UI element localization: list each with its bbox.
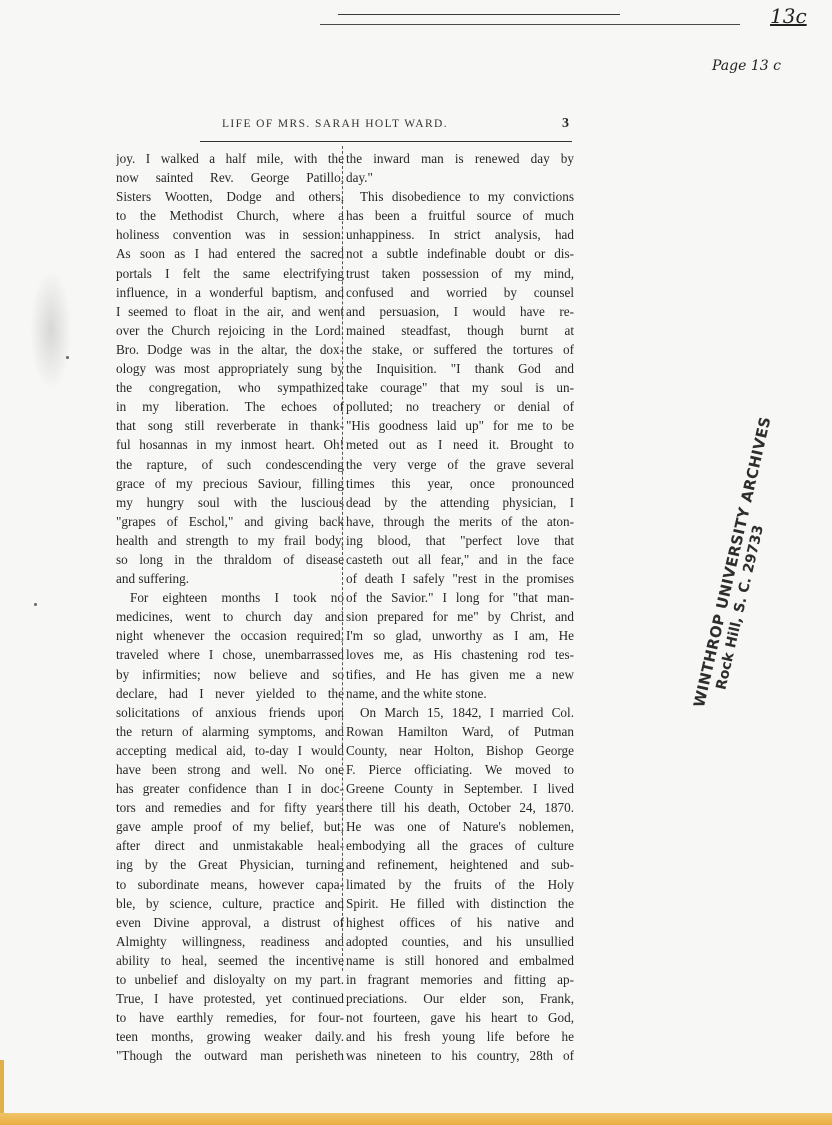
text-line: to subordinate means, however capa- <box>116 875 344 894</box>
text-line: there till his death, October 24, 1870. <box>346 798 574 817</box>
text-line: have, through the merits of the aton- <box>346 512 574 531</box>
text-line: so long in the thraldom of disease <box>116 550 344 569</box>
text-line: my hungry soul with the luscious <box>116 493 344 512</box>
right-column: the inward man is renewed day byday."Thi… <box>346 149 574 1066</box>
text-line: not a subtle indefinable doubt or dis- <box>346 244 574 263</box>
text-line: polluted; no treachery or denial of <box>346 397 574 416</box>
text-line: embodying all the graces of culture <box>346 836 574 855</box>
text-line: the congregation, who sympathized <box>116 378 344 397</box>
text-line: ble, by science, culture, practice and <box>116 894 344 913</box>
text-line: declare, had I never yielded to the <box>116 684 344 703</box>
text-line: and suffering. <box>116 569 344 588</box>
text-line: and persuasion, I would have re- <box>346 302 574 321</box>
text-line: night whenever the occasion required, <box>116 626 344 645</box>
text-line: gave ample proof of my belief, but, <box>116 817 344 836</box>
text-line: unhappiness. In strict analysis, had <box>346 225 574 244</box>
text-line: highest offices of his native and <box>346 913 574 932</box>
text-line: meted out as I need it. Brought to <box>346 435 574 454</box>
page-number: 3 <box>562 116 569 132</box>
text-line: limated by the fruits of the Holy <box>346 875 574 894</box>
text-line: the inward man is renewed day by <box>346 149 574 168</box>
text-line: traveled where I chose, unembarrassed <box>116 645 344 664</box>
text-line: County, near Holton, Bishop George <box>346 741 574 760</box>
text-line: This disobedience to my convictions <box>346 187 574 206</box>
text-line: preciations. Our elder son, Frank, <box>346 989 574 1008</box>
top-rule <box>338 14 620 15</box>
text-line: was nineteen to his country, 28th of <box>346 1046 574 1065</box>
text-line: "grapes of Eschol," and giving back <box>116 512 344 531</box>
text-line: to unbelief and disloyalty on my part. <box>116 970 344 989</box>
text-line: Rowan Hamilton Ward, of Putman <box>346 722 574 741</box>
header-rule <box>200 141 572 142</box>
text-line: of death I safely "rest in the promises <box>346 569 574 588</box>
column-divider <box>342 146 343 971</box>
text-line: True, I have protested, yet continued <box>116 989 344 1008</box>
text-line: in fragrant memories and fitting ap- <box>346 970 574 989</box>
text-line: ing blood, that "perfect love that <box>346 531 574 550</box>
text-line: portals I felt the same electrifying <box>116 264 344 283</box>
text-line: tors and remedies and for fifty years <box>116 798 344 817</box>
text-line: Greene County in September. I lived <box>346 779 574 798</box>
text-line: name is still honored and embalmed <box>346 951 574 970</box>
text-line: adopted counties, and his unsullied <box>346 932 574 951</box>
text-line: influence, in a wonderful baptism, and <box>116 283 344 302</box>
text-line: Bro. Dodge was in the altar, the dox- <box>116 340 344 359</box>
text-line: ability to heal, seemed the incentive <box>116 951 344 970</box>
text-line: solicitations of anxious friends upon <box>116 703 344 722</box>
text-line: day." <box>346 168 574 187</box>
text-line: the rapture, of such condescending <box>116 455 344 474</box>
text-line: F. Pierce officiating. We moved to <box>346 760 574 779</box>
text-line: For eighteen months I took no <box>116 588 344 607</box>
text-line: I seemed to float in the air, and went <box>116 302 344 321</box>
text-line: As soon as I had entered the sacred <box>116 244 344 263</box>
text-line: Sisters Wootten, Dodge and others, <box>116 187 344 206</box>
text-line: times this year, once pronounced <box>346 474 574 493</box>
margin-mark <box>34 603 37 606</box>
text-line: the very verge of the grave several <box>346 455 574 474</box>
text-line: Almighty willingness, readiness and <box>116 932 344 951</box>
text-line: teen months, growing weaker daily. <box>116 1027 344 1046</box>
text-line: the stake, or suffered the tortures of <box>346 340 574 359</box>
text-line: joy. I walked a half mile, with the <box>116 149 344 168</box>
text-line: to the Methodist Church, where a <box>116 206 344 225</box>
text-line: and refinement, heightened and sub- <box>346 855 574 874</box>
running-title: LIFE OF MRS. SARAH HOLT WARD. <box>222 118 572 130</box>
text-line: mained steadfast, though burnt at <box>346 321 574 340</box>
text-line: accepting medical aid, to-day I would <box>116 741 344 760</box>
text-line: after direct and unmistakable heal- <box>116 836 344 855</box>
text-line: ology was most appropriately sung by <box>116 359 344 378</box>
text-line: of the Savior." I long for "that man- <box>346 588 574 607</box>
text-line: not fourteen, gave his heart to God, <box>346 1008 574 1027</box>
text-line: Spirit. He filled with distinction the <box>346 894 574 913</box>
text-line: medicines, went to church day and <box>116 607 344 626</box>
text-line: loves me, as His chastening rod tes- <box>346 645 574 664</box>
left-column: joy. I walked a half mile, with thenow s… <box>116 149 344 1066</box>
text-line: even Divine approval, a distrust of <box>116 913 344 932</box>
text-line: the Inquisition. "I thank God and <box>346 359 574 378</box>
text-line: confused and worried by counsel <box>346 283 574 302</box>
text-line: to have earthly remedies, for four- <box>116 1008 344 1027</box>
text-line: holiness convention was in session. <box>116 225 344 244</box>
text-line: has greater confidence than I in doc- <box>116 779 344 798</box>
text-line: trust taken possession of my mind, <box>346 264 574 283</box>
handwritten-page-note: Page 13 c <box>712 58 781 74</box>
text-line: tifies, and He has given me a new <box>346 665 574 684</box>
text-line: He was one of Nature's noblemen, <box>346 817 574 836</box>
text-line: "His goodness laid up" for me to be <box>346 416 574 435</box>
text-line: that song still reverberate in thank- <box>116 416 344 435</box>
top-rule <box>320 24 740 25</box>
margin-smudge <box>30 270 72 390</box>
text-line: has been a fruitful source of much <box>346 206 574 225</box>
text-line: sion prepared for me" by Christ, and <box>346 607 574 626</box>
text-line: ing by the Great Physician, turning <box>116 855 344 874</box>
text-line: health and strength to my frail body, <box>116 531 344 550</box>
text-line: by infirmities; now believe and so <box>116 665 344 684</box>
text-line: "Though the outward man perisheth <box>116 1046 344 1065</box>
archive-stamp: WINTHROP UNIVERSITY ARCHIVES Rock Hill, … <box>690 415 792 713</box>
text-line: now sainted Rev. George Patillo, <box>116 168 344 187</box>
text-line: take courage" that my soul is un- <box>346 378 574 397</box>
text-line: the return of alarming symptoms, and <box>116 722 344 741</box>
margin-mark <box>66 356 69 359</box>
text-line: over the Church rejoicing in the Lord. <box>116 321 344 340</box>
text-line: grace of my precious Saviour, filling <box>116 474 344 493</box>
handwritten-page-id: 13c <box>770 4 807 28</box>
text-line: name, and the white stone. <box>346 684 574 703</box>
text-line: have been strong and well. No one <box>116 760 344 779</box>
scan-edge <box>0 1113 832 1125</box>
text-line: On March 15, 1842, I married Col. <box>346 703 574 722</box>
text-line: ful hosannas in my inmost heart. Oh! <box>116 435 344 454</box>
text-line: casteth out all fear," and in the face <box>346 550 574 569</box>
text-line: I'm so glad, unworthy as I am, He <box>346 626 574 645</box>
text-line: and his fresh young life before he <box>346 1027 574 1046</box>
text-line: in my liberation. The echoes of <box>116 397 344 416</box>
text-line: dead by the attending physician, I <box>346 493 574 512</box>
